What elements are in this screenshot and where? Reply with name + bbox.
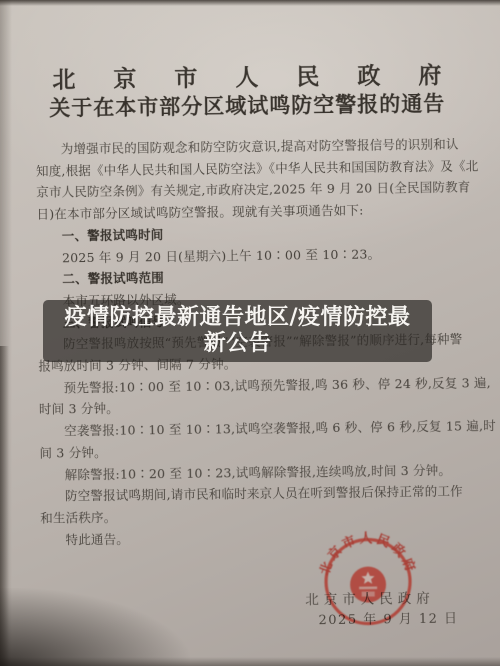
government-seal: 北京市人民政府 (313, 527, 422, 636)
document-photo: 北 京 市 人 民 政 府 关于在本市部分区域试鸣防空警报的通告 为增强市民的国… (0, 0, 500, 666)
caption-line-1: 疫情防控最新通告地区/疫情防控最 (64, 305, 410, 332)
notice-title: 关于在本市部分区域试鸣防空警报的通告 (0, 87, 497, 123)
photo-corner-shadow (0, 588, 190, 666)
photo-top-shadow (0, 0, 500, 6)
national-emblem-icon (350, 566, 386, 602)
caption-line-2: 新公告 (204, 331, 272, 358)
caption-overlay: 疫情防控最新通告地区/疫情防控最 新公告 (43, 300, 432, 362)
